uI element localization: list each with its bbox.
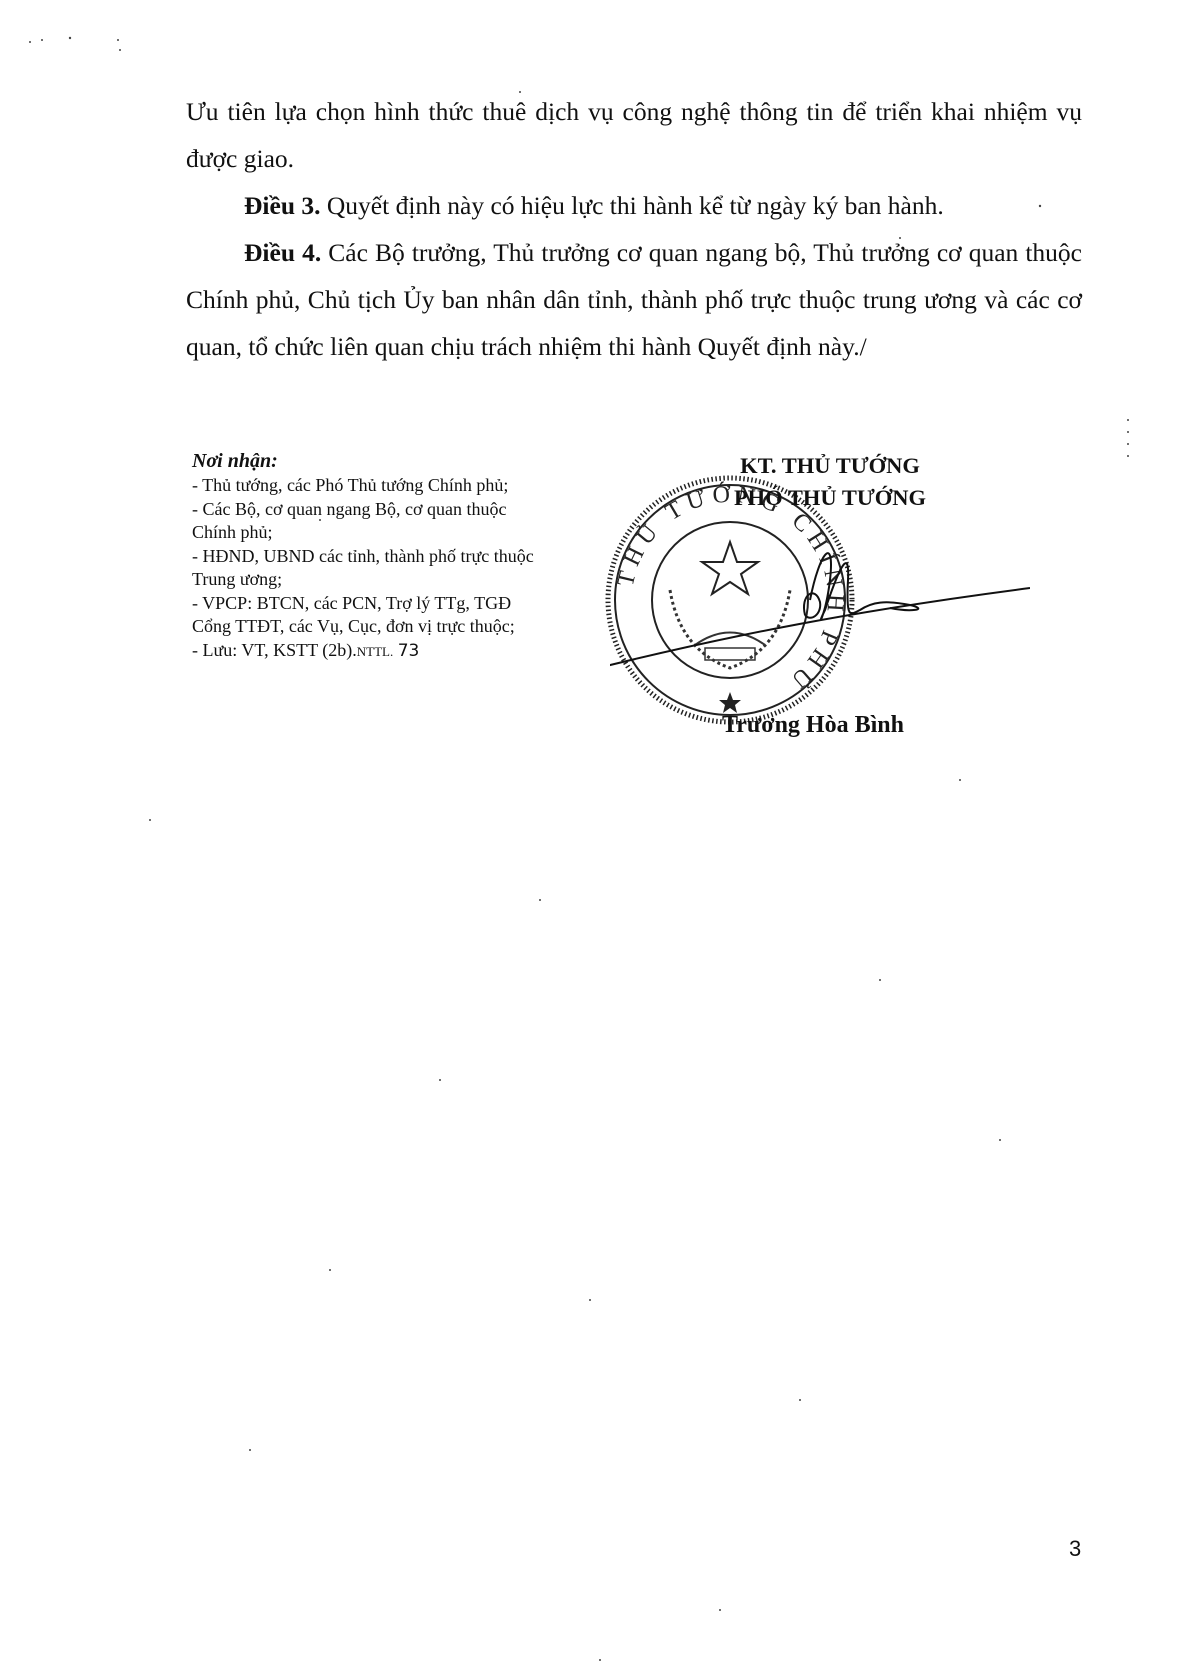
recipient-item: - Các Bộ, cơ quan ngang Bộ, cơ quan thuộ…	[192, 498, 552, 545]
handwritten-signature	[610, 540, 1030, 680]
article-3-label: Điều 3.	[244, 191, 321, 220]
article-3-text: Quyết định này có hiệu lực thi hành kể t…	[321, 191, 944, 220]
article-3: Điều 3. Quyết định này có hiệu lực thi h…	[186, 182, 1082, 229]
recipients-block: Nơi nhận: - Thủ tướng, các Phó Thủ tướng…	[192, 448, 552, 663]
recipient-item: - VPCP: BTCN, các PCN, Trợ lý TTg, TGĐ C…	[192, 592, 552, 639]
article-4-text: Các Bộ trưởng, Thủ trưởng cơ quan ngang …	[186, 238, 1082, 361]
paragraph-priority: Ưu tiên lựa chọn hình thức thuê dịch vụ …	[186, 88, 1082, 182]
recipient-item: - Thủ tướng, các Phó Thủ tướng Chính phủ…	[192, 474, 552, 498]
archive-text: - Lưu: VT, KSTT (2b).	[192, 640, 357, 660]
article-4-label: Điều 4.	[244, 238, 321, 267]
signature-block: KT. THỦ TƯỚNG PHÓ THỦ TƯỚNG	[680, 450, 980, 514]
recipient-item-archive: - Lưu: VT, KSTT (2b).NTTL. 73	[192, 639, 552, 664]
recipients-title: Nơi nhận:	[192, 448, 552, 474]
signer-name: Trương Hòa Bình	[722, 712, 904, 739]
page-number: 3	[1069, 1536, 1081, 1562]
archive-initials: NTTL.	[357, 644, 393, 659]
recipient-item: - HĐND, UBND các tỉnh, thành phố trực th…	[192, 545, 552, 592]
signature-title-line2: PHÓ THỦ TƯỚNG	[680, 482, 980, 514]
article-4: Điều 4. Các Bộ trưởng, Thủ trưởng cơ qua…	[186, 229, 1082, 370]
signature-title-line1: KT. THỦ TƯỚNG	[680, 450, 980, 482]
handwritten-number: 73	[398, 641, 420, 661]
